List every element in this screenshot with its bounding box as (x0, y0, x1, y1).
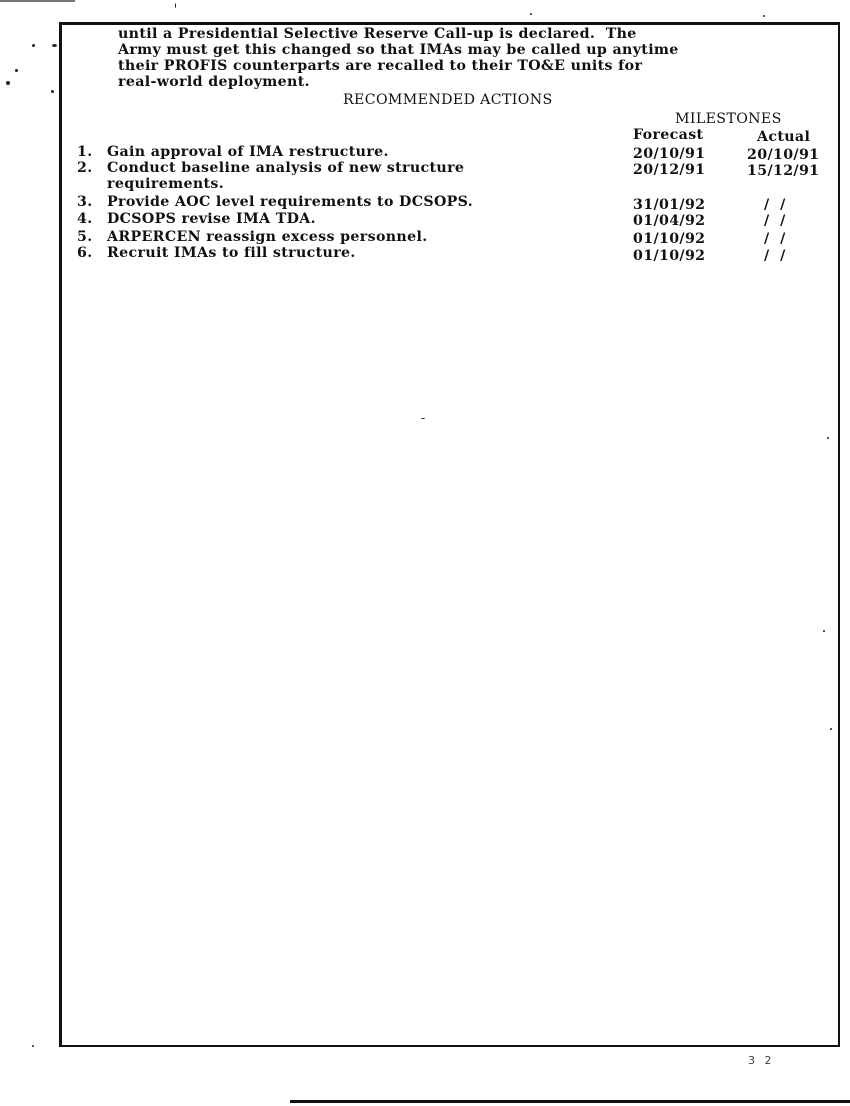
action-text: Recruit IMAs to fill structure. (107, 245, 356, 261)
action-number: 6. (77, 245, 93, 261)
action-number: 3. (77, 194, 93, 210)
paragraph-line: their PROFIS counterparts are recalled t… (118, 58, 642, 74)
column-header-forecast: Forecast (633, 127, 703, 143)
action-text: ARPERCEN reassign excess personnel. (107, 229, 428, 245)
scan-speck (830, 728, 832, 730)
action-text: Conduct baseline analysis of new structu… (107, 160, 464, 176)
forecast-date: 01/10/92 (633, 231, 705, 247)
action-text-continued: requirements. (107, 176, 224, 192)
scan-speck (763, 15, 765, 17)
action-text: DCSOPS revise IMA TDA. (107, 211, 316, 227)
scan-speck (175, 3, 176, 8)
forecast-date: 01/10/92 (633, 248, 705, 264)
action-text: Gain approval of IMA restructure. (107, 144, 389, 160)
action-number: 2. (77, 160, 93, 176)
paragraph-line: real-world deployment. (118, 74, 310, 90)
scan-speck (421, 418, 425, 419)
actual-date: 20/10/91 (747, 147, 819, 163)
forecast-date: 20/12/91 (633, 162, 705, 178)
scan-speck (6, 81, 10, 85)
actual-date-blank: / / (764, 197, 786, 213)
action-text: Provide AOC level requirements to DCSOPS… (107, 194, 473, 210)
page-number-mark: 3 2 (748, 1054, 775, 1067)
action-number: 1. (77, 144, 93, 160)
actual-date-blank: / / (764, 213, 786, 229)
column-header-actual: Actual (757, 129, 810, 145)
milestones-header: MILESTONES (675, 111, 782, 127)
scan-edge-line (0, 0, 75, 2)
paragraph-line: until a Presidential Selective Reserve C… (118, 26, 637, 42)
actual-date-blank: / / (764, 231, 786, 247)
scan-speck (32, 44, 35, 47)
forecast-date: 01/04/92 (633, 213, 705, 229)
scan-speck (15, 69, 18, 72)
scan-speck (530, 13, 532, 15)
section-title: RECOMMENDED ACTIONS (343, 92, 553, 108)
scan-bottom-line (290, 1100, 850, 1103)
scan-speck (51, 90, 54, 93)
scan-speck (827, 437, 829, 439)
scan-speck (32, 1045, 34, 1047)
action-number: 4. (77, 211, 93, 227)
action-number: 5. (77, 229, 93, 245)
scan-speck (52, 44, 57, 47)
actual-date-blank: / / (764, 248, 786, 264)
actual-date: 15/12/91 (747, 163, 819, 179)
paragraph-line: Army must get this changed so that IMAs … (118, 42, 679, 58)
forecast-date: 31/01/92 (633, 197, 705, 213)
scan-speck (823, 630, 825, 632)
forecast-date: 20/10/91 (633, 146, 705, 162)
